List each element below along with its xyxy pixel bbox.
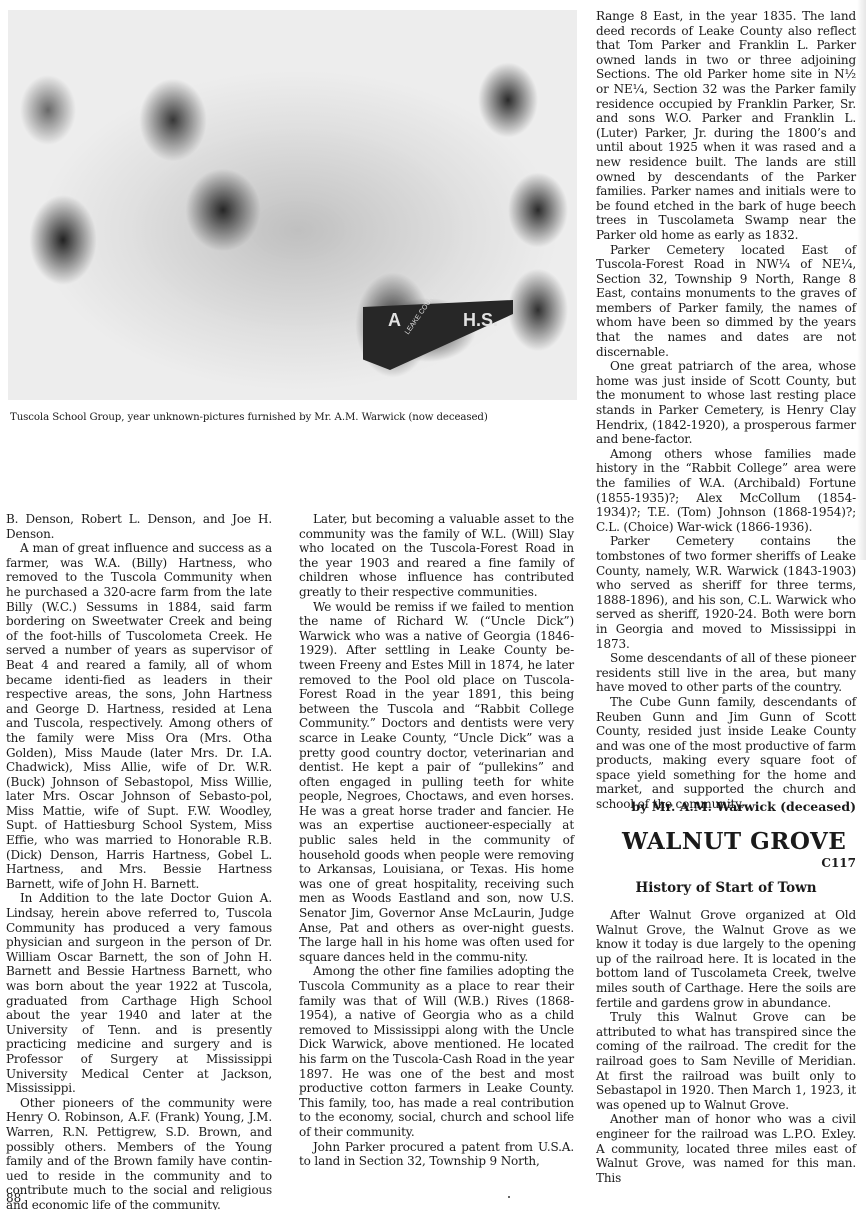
paragraph: John Parker procured a patent from U.S.A… — [299, 1140, 574, 1169]
paragraph: Range 8 East, in the year 1835. The land… — [596, 9, 856, 243]
paragraph: Among others whose families made history… — [596, 447, 856, 535]
paragraph: We would be remiss if we failed to menti… — [299, 600, 574, 965]
paragraph: Among the other fine families adopting t… — [299, 964, 574, 1139]
section-title: WALNUT GROVE — [622, 828, 846, 855]
paragraph: The Cube Gunn family, descendants of Reu… — [596, 695, 856, 812]
column-2: Later, but becoming a valuable asset to … — [299, 512, 574, 1169]
page-number: 88 — [6, 1191, 21, 1205]
paragraph: Another man of honor who was a civil eng… — [596, 1112, 856, 1185]
paragraph: One great patriarch of the area, whose h… — [596, 359, 856, 447]
paragraph: Parker Cemetery located East of Tuscola-… — [596, 243, 856, 360]
paragraph: A man of great influence and success as … — [6, 541, 272, 891]
print-speck — [508, 1196, 510, 1198]
pennant-letter-a: A — [388, 310, 401, 331]
column-3: Range 8 East, in the year 1835. The land… — [596, 9, 856, 812]
paragraph: After Walnut Grove organized at Old Waln… — [596, 908, 856, 1010]
paragraph: Truly this Walnut Grove can be attribute… — [596, 1010, 856, 1112]
school-group-photo: A H.S. LEAKE COUNTY — [8, 10, 577, 400]
section-code: C117 — [780, 856, 856, 870]
column-1: B. Denson, Robert L. Denson, and Joe H. … — [6, 512, 272, 1210]
paragraph: B. Denson, Robert L. Denson, and Joe H. … — [6, 512, 272, 541]
paragraph: In Addition to the late Doctor Guion A. … — [6, 891, 272, 1095]
paragraph: Later, but becoming a valuable asset to … — [299, 512, 574, 600]
photo-caption: Tuscola School Group, year unknown-pictu… — [10, 412, 580, 423]
pennant-letters-hs: H.S. — [463, 310, 498, 331]
subsection-heading: History of Start of Town — [596, 880, 856, 896]
paragraph: Some descendants of all of these pioneer… — [596, 651, 856, 695]
walnut-grove-body: After Walnut Grove organized at Old Waln… — [596, 908, 856, 1185]
paragraph: Parker Cemetery contains the tombstones … — [596, 534, 856, 651]
author-byline: by Mr. A.M. Warwick (deceased) — [620, 799, 856, 814]
page-edge-shadow — [857, 0, 866, 560]
paragraph: Other pioneers of the community were Hen… — [6, 1096, 272, 1210]
